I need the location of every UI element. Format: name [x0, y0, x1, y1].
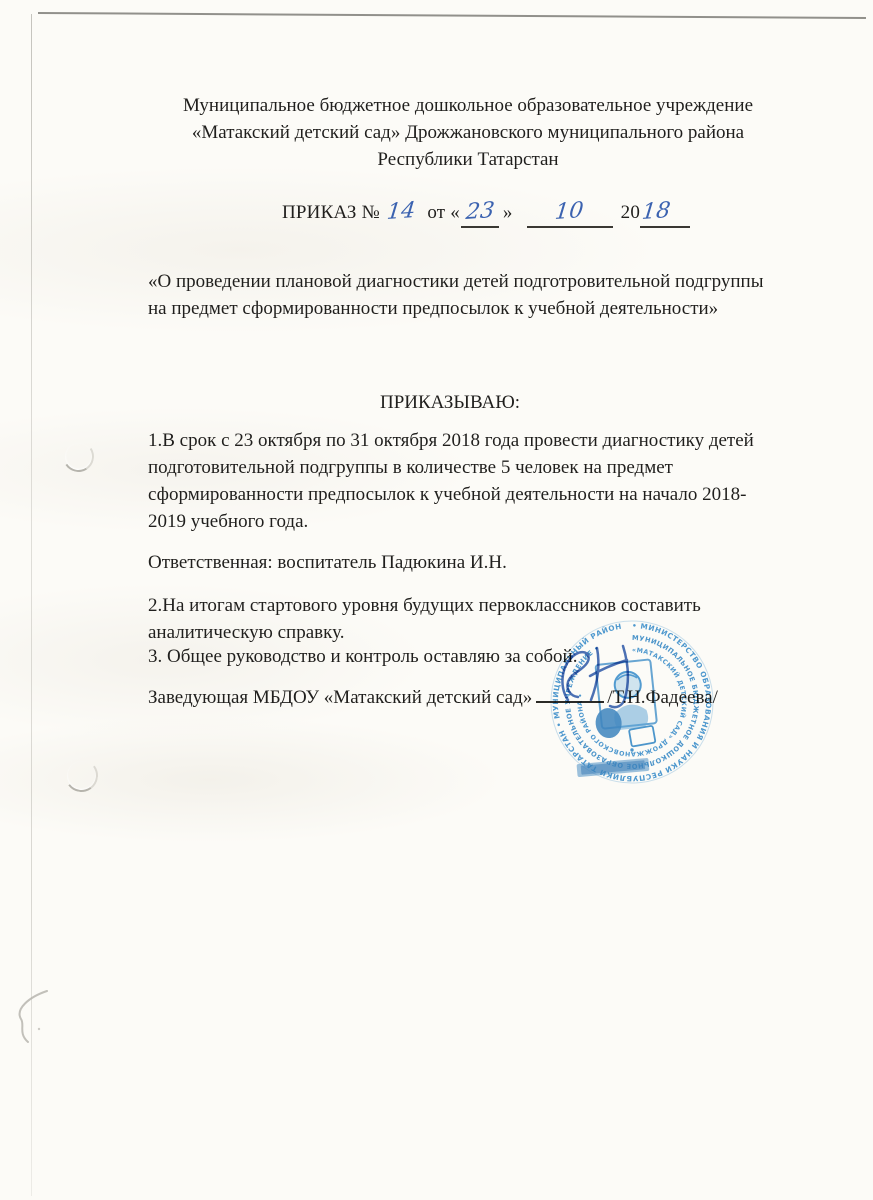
- order-item-1: 1.В срок с 23 октября по 31 октября 2018…: [148, 427, 788, 535]
- handwritten-signature: [540, 636, 670, 721]
- order-number-handwritten: 14: [386, 201, 417, 223]
- institution-header: Муниципальное бюджетное дошкольное образ…: [148, 92, 788, 173]
- paragraph-line: сформированности предпосылок к учебной д…: [148, 481, 788, 508]
- header-line: «Матакский детский сад» Дрожжановского м…: [148, 119, 788, 146]
- order-from-word: от «: [427, 199, 460, 226]
- paragraph-line: подготовительной подгруппы в количестве …: [148, 454, 788, 481]
- resolution-heading: ПРИКАЗЫВАЮ:: [130, 389, 770, 416]
- subject-line: «О проведении плановой диагностики детей…: [148, 268, 788, 295]
- punch-hole: [63, 757, 100, 794]
- pencil-mark: [5, 985, 60, 1050]
- order-year-prefix: 20: [621, 199, 640, 226]
- order-quote-close: »: [503, 199, 513, 226]
- order-day-slot: 23: [461, 199, 499, 228]
- paragraph-line: 2019 учебного года.: [148, 508, 788, 535]
- order-subject: «О проведении плановой диагностики детей…: [148, 268, 788, 322]
- order-year-handwritten: 18: [641, 201, 672, 223]
- order-prefix: ПРИКАЗ №: [282, 199, 380, 226]
- signature-label: Заведующая МБДОУ «Матакский детский сад»: [148, 684, 532, 711]
- order-number-line: ПРИКАЗ № 14 от « 23 » 10 20 18: [148, 199, 806, 228]
- punch-hole: [60, 438, 97, 475]
- paragraph-line: 1.В срок с 23 октября по 31 октября 2018…: [148, 427, 788, 454]
- subject-line: на предмет сформированности предпосылок …: [148, 295, 788, 322]
- order-year-slot: 18: [640, 199, 690, 228]
- scan-top-edge-line: [38, 12, 866, 19]
- header-line: Республики Татарстан: [148, 146, 788, 173]
- scanned-order-document: Муниципальное бюджетное дошкольное образ…: [0, 0, 873, 1200]
- order-month-slot: 10: [527, 199, 613, 228]
- responsible-line: Ответственная: воспитатель Падюкина И.Н.: [148, 549, 788, 576]
- header-line: Муниципальное бюджетное дошкольное образ…: [148, 92, 788, 119]
- order-day-handwritten: 23: [465, 201, 496, 223]
- paragraph-line: 2.На итогам стартового уровня будущих пе…: [148, 592, 788, 619]
- order-month-handwritten: 10: [554, 201, 585, 223]
